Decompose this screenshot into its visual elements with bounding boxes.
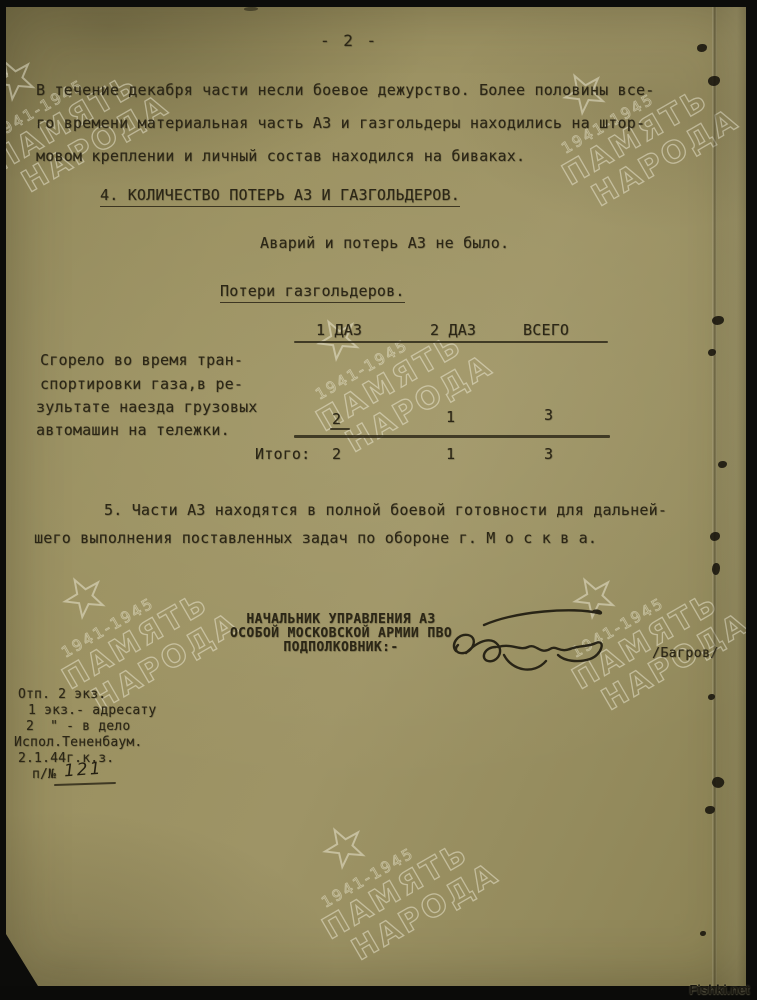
table-cell-value: 3 [544, 406, 553, 424]
footer-line: 2 " - в дело [26, 719, 130, 734]
star-icon [553, 13, 702, 128]
paper-speck [712, 316, 724, 325]
table-total-rule [294, 435, 610, 438]
paper-speck [700, 931, 706, 936]
signatory-title-line: НАЧАЛЬНИК УПРАВЛЕНИЯ АЗ [206, 613, 476, 627]
watermark-line1: ПАМЯТЬ [317, 828, 488, 946]
paper-speck [697, 44, 707, 52]
table-col-header-total: ВСЕГО [523, 321, 569, 339]
table-cell-value: 1 [446, 408, 455, 426]
no-losses-line: Аварий и потерь АЗ не было. [260, 234, 509, 252]
table-total-label: Итого: [255, 445, 310, 463]
table-row-label-line: зультате наезда грузовых [36, 398, 258, 416]
table-total-value: 1 [446, 445, 455, 463]
section5-line: 5. Части АЗ находятся в полной боевой го… [104, 501, 667, 519]
footer-line: 1 экз.- адресату [28, 703, 156, 718]
footer-line: Отп. 2 экз. [18, 687, 106, 702]
watermark-years: 1941-1945 [558, 58, 711, 157]
paper-speck [244, 7, 258, 11]
table-col-header-2daz: 2 ДАЗ [430, 321, 476, 339]
table-cell-value: 2 [332, 410, 341, 428]
table-total-value: 2 [332, 445, 341, 463]
paper-speck [710, 532, 720, 541]
watermark-years: 1941-1945 [312, 304, 465, 403]
watermark-years: 1941-1945 [58, 562, 211, 661]
table-header-rule [294, 341, 608, 343]
table-col-header-1daz: 1 ДАЗ [316, 321, 362, 339]
paper-speck [708, 76, 720, 86]
star-icon [313, 767, 462, 882]
table-total-value: 3 [544, 445, 553, 463]
value-underline [330, 428, 350, 430]
signatory-title-line: ПОДПОЛКОВНИК:- [206, 641, 476, 655]
signatory-title-line: ОСОБОЙ МОСКОВСКОЙ АРМИИ ПВО [206, 627, 476, 641]
paper-speck [718, 461, 727, 468]
page-edge-shade [714, 7, 752, 986]
table-title: Потери газгольдеров. [220, 282, 405, 303]
handwritten-underline [54, 782, 116, 786]
section5-line: шего выполнения поставленных задач по об… [34, 529, 597, 547]
star-icon [307, 259, 456, 374]
fold-line [712, 7, 717, 986]
signatory-name: /Багров/ [652, 645, 719, 661]
memory-of-people-watermark: 1941-1945 ПАМЯТЬ НАРОДА [282, 767, 505, 974]
table-row-label-line: спортировки газа,в ре- [40, 375, 243, 393]
signature [446, 603, 646, 687]
paragraph-line: мовом креплении и личный состав находилс… [36, 147, 525, 165]
paper-speck [712, 563, 720, 575]
handwritten-number: 121 [63, 759, 103, 782]
bottom-border [0, 986, 757, 1000]
table-row-label-line: автомашин на тележки. [36, 421, 230, 439]
footer-number-prefix: п/№ [32, 767, 56, 782]
table-row-label-line: Сгорело во время тран- [40, 351, 243, 369]
page-number: - 2 - [320, 31, 378, 50]
paragraph-line: го времени материальная часть АЗ и газго… [36, 114, 645, 132]
site-credit: Fishki.net [689, 982, 750, 997]
watermark-line1: ПАМЯТЬ [57, 578, 228, 696]
watermark-line2: НАРОДА [340, 349, 498, 459]
watermark-line2: НАРОДА [346, 857, 504, 967]
paragraph-line: В течение декабря части несли боевое деж… [36, 81, 654, 99]
watermark-line2: НАРОДА [16, 89, 174, 199]
document-page: 1941-1945 ПАМЯТЬ НАРОДА 1941-1945 ПАМЯТЬ… [6, 7, 746, 986]
section4-heading: 4. КОЛИЧЕСТВО ПОТЕРЬ АЗ И ГАЗГОЛЬДЕРОВ. [100, 186, 460, 207]
memory-of-people-watermark: 1941-1945 ПАМЯТЬ НАРОДА [0, 0, 175, 207]
footer-line: Испол.Тененбаум. [14, 735, 142, 750]
watermark-years: 1941-1945 [318, 812, 471, 911]
